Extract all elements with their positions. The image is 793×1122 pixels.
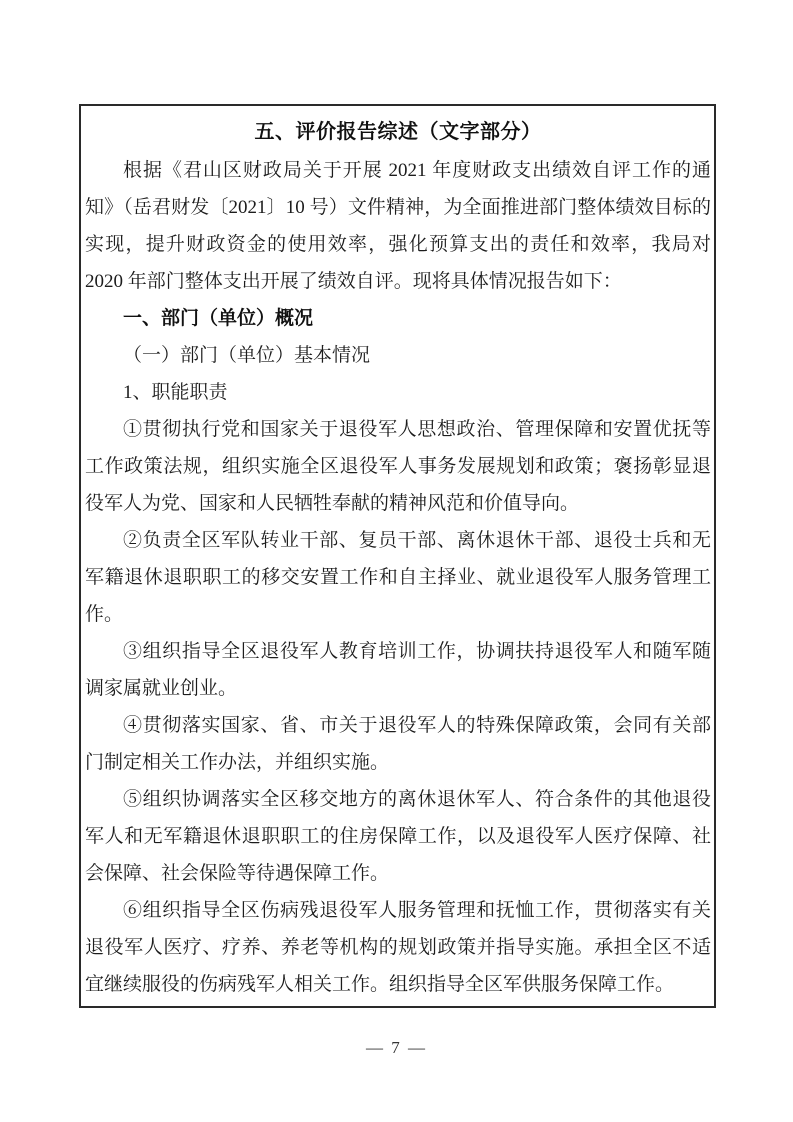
item-heading-duties: 1、职能职责: [85, 374, 711, 411]
document-page: 五、评价报告综述（文字部分） 根据《君山区财政局关于开展 2021 年度财政支出…: [0, 0, 793, 1122]
duty-paragraph-4: ④贯彻落实国家、省、市关于退役军人的特殊保障政策，会同有关部门制定相关工作办法，…: [85, 707, 711, 781]
duty-paragraph-7: ⑦组织和指导全区拥军优属工作。负责全区现役军人、退役军人、军队: [85, 1003, 711, 1008]
duty-paragraph-1: ①贯彻执行党和国家关于退役军人思想政治、管理保障和安置优抚等工作政策法规，组织实…: [85, 411, 711, 522]
report-title: 五、评价报告综述（文字部分）: [85, 112, 711, 152]
intro-paragraph: 根据《君山区财政局关于开展 2021 年度财政支出绩效自评工作的通知》（岳君财发…: [85, 152, 711, 300]
duty-paragraph-2: ②负责全区军队转业干部、复员干部、离休退休干部、退役士兵和无军籍退休退职职工的移…: [85, 522, 711, 633]
duty-paragraph-3: ③组织指导全区退役军人教育培训工作，协调扶持退役军人和随军随调家属就业创业。: [85, 633, 711, 707]
section-heading-overview: 一、部门（单位）概况: [85, 300, 711, 337]
subsection-heading-basic-info: （一）部门（单位）基本情况: [85, 337, 711, 374]
report-border-box: 五、评价报告综述（文字部分） 根据《君山区财政局关于开展 2021 年度财政支出…: [79, 104, 716, 1008]
duty-paragraph-5: ⑤组织协调落实全区移交地方的离休退休军人、符合条件的其他退役军人和无军籍退休退职…: [85, 781, 711, 892]
page-number: — 7 —: [0, 1036, 793, 1060]
duty-paragraph-6: ⑥组织指导全区伤病残退役军人服务管理和抚恤工作，贯彻落实有关退役军人医疗、疗养、…: [85, 892, 711, 1003]
